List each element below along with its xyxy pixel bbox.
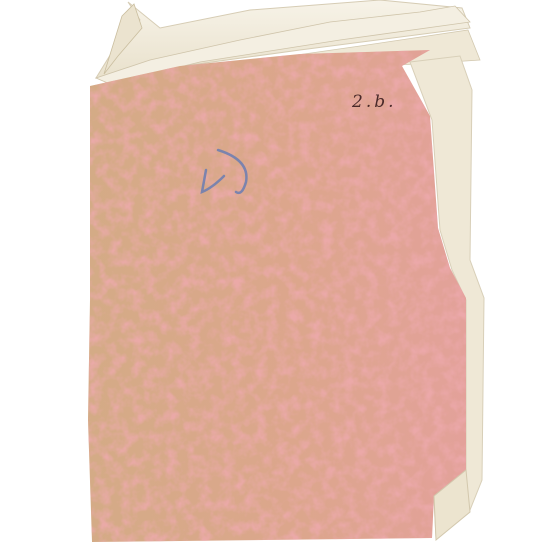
photograph: 2.b. <box>0 0 550 550</box>
booklet-illustration <box>0 0 550 550</box>
shelfmark-text: 2.b. <box>352 92 397 112</box>
